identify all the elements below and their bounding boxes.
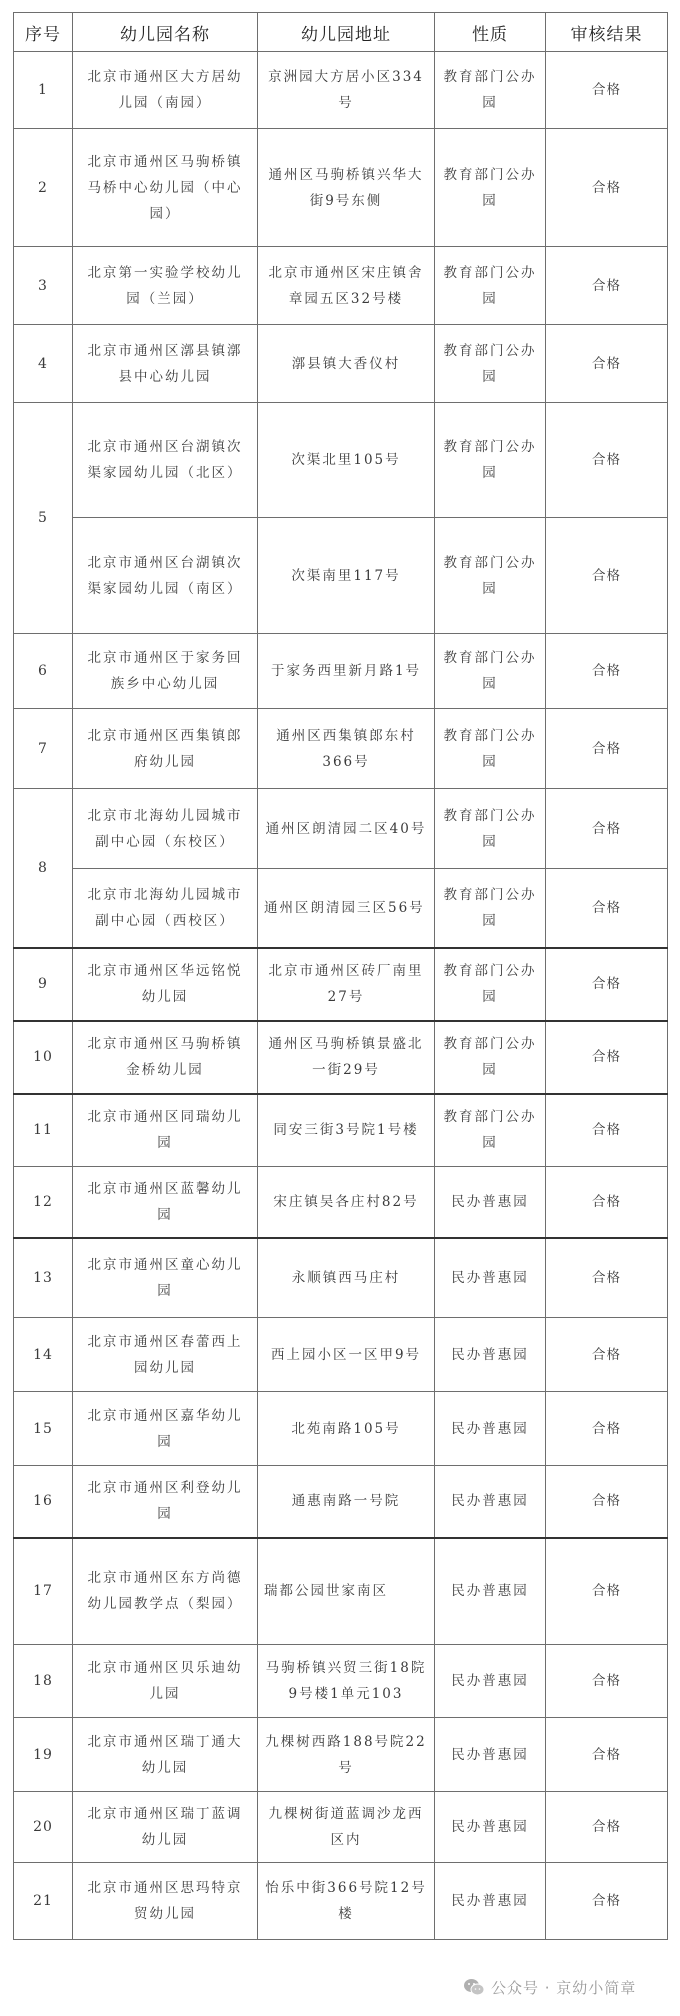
table-row: 7 北京市通州区西集镇郎府幼儿园 通州区西集镇郎东村366号 教育部门公办园 合… <box>14 709 668 789</box>
cell-name: 北京市通州区台湖镇次渠家园幼儿园（北区） <box>73 403 258 518</box>
cell-seq: 19 <box>14 1718 73 1792</box>
cell-address: 北京市通州区砖厂南里27号 <box>258 948 435 1021</box>
table-row: 6 北京市通州区于家务回族乡中心幼儿园 于家务西里新月路1号 教育部门公办园 合… <box>14 634 668 709</box>
cell-type: 教育部门公办园 <box>435 518 546 634</box>
table-row: 10 北京市通州区马驹桥镇金桥幼儿园 通州区马驹桥镇景盛北一街29号 教育部门公… <box>14 1021 668 1094</box>
cell-address: 马驹桥镇兴贸三街18院9号楼1单元103 <box>258 1645 435 1718</box>
cell-result: 合格 <box>546 1238 668 1318</box>
cell-name: 北京市通州区瑞丁通大幼儿园 <box>73 1718 258 1792</box>
cell-name: 北京市通州区童心幼儿园 <box>73 1238 258 1318</box>
cell-result: 合格 <box>546 1392 668 1466</box>
cell-result: 合格 <box>546 518 668 634</box>
cell-name: 北京市通州区于家务回族乡中心幼儿园 <box>73 634 258 709</box>
cell-name: 北京市通州区蓝馨幼儿园 <box>73 1167 258 1238</box>
cell-type: 教育部门公办园 <box>435 52 546 129</box>
cell-type: 教育部门公办园 <box>435 325 546 403</box>
cell-result: 合格 <box>546 1318 668 1392</box>
kindergarten-review-table: 序号 幼儿园名称 幼儿园地址 性质 审核结果 1 北京市通州区大方居幼儿园（南园… <box>13 12 668 1940</box>
cell-result: 合格 <box>546 52 668 129</box>
cell-result: 合格 <box>546 1863 668 1940</box>
cell-address: 次渠北里105号 <box>258 403 435 518</box>
cell-address: 同安三街3号院1号楼 <box>258 1094 435 1167</box>
cell-result: 合格 <box>546 403 668 518</box>
cell-seq: 14 <box>14 1318 73 1392</box>
header-name: 幼儿园名称 <box>73 13 258 52</box>
cell-result: 合格 <box>546 247 668 325</box>
table-row: 17 北京市通州区东方尚德幼儿园教学点（梨园） 瑞都公园世家南区 民办普惠园 合… <box>14 1538 668 1645</box>
table-row: 11 北京市通州区同瑞幼儿园 同安三街3号院1号楼 教育部门公办园 合格 <box>14 1094 668 1167</box>
cell-type: 教育部门公办园 <box>435 709 546 789</box>
cell-address: 通州区西集镇郎东村366号 <box>258 709 435 789</box>
cell-seq: 2 <box>14 129 73 247</box>
table-row: 9 北京市通州区华远铭悦幼儿园 北京市通州区砖厂南里27号 教育部门公办园 合格 <box>14 948 668 1021</box>
table-row: 3 北京第一实验学校幼儿园（兰园） 北京市通州区宋庄镇舍章园五区32号楼 教育部… <box>14 247 668 325</box>
table-row: 12 北京市通州区蓝馨幼儿园 宋庄镇吴各庄村82号 民办普惠园 合格 <box>14 1167 668 1238</box>
table-row: 15 北京市通州区嘉华幼儿园 北苑南路105号 民办普惠园 合格 <box>14 1392 668 1466</box>
cell-result: 合格 <box>546 634 668 709</box>
cell-address: 漷县镇大香仪村 <box>258 325 435 403</box>
cell-type: 民办普惠园 <box>435 1863 546 1940</box>
cell-type: 民办普惠园 <box>435 1318 546 1392</box>
cell-seq: 6 <box>14 634 73 709</box>
header-result: 审核结果 <box>546 13 668 52</box>
cell-seq: 10 <box>14 1021 73 1094</box>
cell-name: 北京市通州区思玛特京贸幼儿园 <box>73 1863 258 1940</box>
table-row: 19 北京市通州区瑞丁通大幼儿园 九棵树西路188号院22号 民办普惠园 合格 <box>14 1718 668 1792</box>
cell-result: 合格 <box>546 1167 668 1238</box>
cell-type: 民办普惠园 <box>435 1392 546 1466</box>
table-row: 北京市北海幼儿园城市副中心园（西校区） 通州区朗清园三区56号 教育部门公办园 … <box>14 869 668 948</box>
cell-address: 永顺镇西马庄村 <box>258 1238 435 1318</box>
table-row: 1 北京市通州区大方居幼儿园（南园） 京洲园大方居小区334号 教育部门公办园 … <box>14 52 668 129</box>
cell-seq: 4 <box>14 325 73 403</box>
cell-type: 民办普惠园 <box>435 1718 546 1792</box>
cell-seq: 8 <box>14 789 73 948</box>
cell-address: 通惠南路一号院 <box>258 1466 435 1538</box>
cell-seq: 13 <box>14 1238 73 1318</box>
cell-address: 通州区马驹桥镇景盛北一街29号 <box>258 1021 435 1094</box>
cell-type: 民办普惠园 <box>435 1792 546 1863</box>
cell-result: 合格 <box>546 1021 668 1094</box>
cell-result: 合格 <box>546 129 668 247</box>
cell-seq: 1 <box>14 52 73 129</box>
cell-seq: 21 <box>14 1863 73 1940</box>
cell-type: 教育部门公办园 <box>435 1021 546 1094</box>
cell-address: 于家务西里新月路1号 <box>258 634 435 709</box>
cell-result: 合格 <box>546 948 668 1021</box>
cell-name: 北京市通州区同瑞幼儿园 <box>73 1094 258 1167</box>
cell-seq: 16 <box>14 1466 73 1538</box>
header-seq: 序号 <box>14 13 73 52</box>
cell-type: 民办普惠园 <box>435 1466 546 1538</box>
cell-address: 通州区朗清园二区40号 <box>258 789 435 869</box>
wechat-account-watermark: 公众号 · 京幼小简章 <box>463 1972 636 2002</box>
cell-name: 北京市通州区贝乐迪幼儿园 <box>73 1645 258 1718</box>
cell-seq: 17 <box>14 1538 73 1645</box>
cell-result: 合格 <box>546 1466 668 1538</box>
cell-seq: 5 <box>14 403 73 634</box>
cell-name: 北京市北海幼儿园城市副中心园（东校区） <box>73 789 258 869</box>
cell-seq: 9 <box>14 948 73 1021</box>
table-row: 北京市通州区台湖镇次渠家园幼儿园（南区） 次渠南里117号 教育部门公办园 合格 <box>14 518 668 634</box>
watermark-text: 公众号 · 京幼小简章 <box>491 1977 636 1998</box>
cell-name: 北京市通州区台湖镇次渠家园幼儿园（南区） <box>73 518 258 634</box>
cell-name: 北京市北海幼儿园城市副中心园（西校区） <box>73 869 258 948</box>
cell-type: 教育部门公办园 <box>435 247 546 325</box>
cell-seq: 7 <box>14 709 73 789</box>
cell-type: 教育部门公办园 <box>435 634 546 709</box>
cell-seq: 18 <box>14 1645 73 1718</box>
cell-name: 北京市通州区马驹桥镇马桥中心幼儿园（中心园） <box>73 129 258 247</box>
cell-seq: 3 <box>14 247 73 325</box>
cell-seq: 12 <box>14 1167 73 1238</box>
cell-result: 合格 <box>546 1718 668 1792</box>
cell-result: 合格 <box>546 1645 668 1718</box>
cell-name: 北京市通州区瑞丁蓝调幼儿园 <box>73 1792 258 1863</box>
cell-result: 合格 <box>546 1792 668 1863</box>
cell-address: 北京市通州区宋庄镇舍章园五区32号楼 <box>258 247 435 325</box>
cell-name: 北京市通州区西集镇郎府幼儿园 <box>73 709 258 789</box>
cell-result: 合格 <box>546 709 668 789</box>
cell-address: 通州区马驹桥镇兴华大街9号东侧 <box>258 129 435 247</box>
table-row: 16 北京市通州区利登幼儿园 通惠南路一号院 民办普惠园 合格 <box>14 1466 668 1538</box>
table-row: 2 北京市通州区马驹桥镇马桥中心幼儿园（中心园） 通州区马驹桥镇兴华大街9号东侧… <box>14 129 668 247</box>
cell-type: 教育部门公办园 <box>435 869 546 948</box>
cell-name: 北京市通州区东方尚德幼儿园教学点（梨园） <box>73 1538 258 1645</box>
cell-seq: 20 <box>14 1792 73 1863</box>
cell-type: 民办普惠园 <box>435 1167 546 1238</box>
cell-address: 北苑南路105号 <box>258 1392 435 1466</box>
cell-name: 北京市通州区春蕾西上园幼儿园 <box>73 1318 258 1392</box>
cell-type: 教育部门公办园 <box>435 403 546 518</box>
cell-address: 宋庄镇吴各庄村82号 <box>258 1167 435 1238</box>
cell-type: 民办普惠园 <box>435 1645 546 1718</box>
cell-name: 北京市通州区华远铭悦幼儿园 <box>73 948 258 1021</box>
header-type: 性质 <box>435 13 546 52</box>
cell-type: 教育部门公办园 <box>435 789 546 869</box>
table-row: 21 北京市通州区思玛特京贸幼儿园 怡乐中街366号院12号楼 民办普惠园 合格 <box>14 1863 668 1940</box>
table-row: 4 北京市通州区漷县镇漷县中心幼儿园 漷县镇大香仪村 教育部门公办园 合格 <box>14 325 668 403</box>
cell-address: 西上园小区一区甲9号 <box>258 1318 435 1392</box>
header-address: 幼儿园地址 <box>258 13 435 52</box>
cell-seq: 15 <box>14 1392 73 1466</box>
cell-result: 合格 <box>546 1094 668 1167</box>
cell-type: 民办普惠园 <box>435 1238 546 1318</box>
table-row: 20 北京市通州区瑞丁蓝调幼儿园 九棵树街道蓝调沙龙西区内 民办普惠园 合格 <box>14 1792 668 1863</box>
cell-type: 教育部门公办园 <box>435 948 546 1021</box>
table-row: 13 北京市通州区童心幼儿园 永顺镇西马庄村 民办普惠园 合格 <box>14 1238 668 1318</box>
cell-type: 教育部门公办园 <box>435 129 546 247</box>
cell-name: 北京市通州区漷县镇漷县中心幼儿园 <box>73 325 258 403</box>
cell-address: 京洲园大方居小区334号 <box>258 52 435 129</box>
cell-address: 九棵树街道蓝调沙龙西区内 <box>258 1792 435 1863</box>
cell-address: 次渠南里117号 <box>258 518 435 634</box>
cell-address: 九棵树西路188号院22号 <box>258 1718 435 1792</box>
cell-name: 北京市通州区马驹桥镇金桥幼儿园 <box>73 1021 258 1094</box>
cell-result: 合格 <box>546 1538 668 1645</box>
wechat-icon <box>463 1978 485 1996</box>
cell-address: 瑞都公园世家南区 <box>258 1538 435 1645</box>
cell-name: 北京第一实验学校幼儿园（兰园） <box>73 247 258 325</box>
cell-name: 北京市通州区利登幼儿园 <box>73 1466 258 1538</box>
cell-result: 合格 <box>546 325 668 403</box>
table-row: 5 北京市通州区台湖镇次渠家园幼儿园（北区） 次渠北里105号 教育部门公办园 … <box>14 403 668 518</box>
cell-name: 北京市通州区嘉华幼儿园 <box>73 1392 258 1466</box>
cell-address: 怡乐中街366号院12号楼 <box>258 1863 435 1940</box>
table-row: 18 北京市通州区贝乐迪幼儿园 马驹桥镇兴贸三街18院9号楼1单元103 民办普… <box>14 1645 668 1718</box>
cell-type: 教育部门公办园 <box>435 1094 546 1167</box>
cell-name: 北京市通州区大方居幼儿园（南园） <box>73 52 258 129</box>
cell-seq: 11 <box>14 1094 73 1167</box>
cell-address: 通州区朗清园三区56号 <box>258 869 435 948</box>
cell-result: 合格 <box>546 869 668 948</box>
cell-type: 民办普惠园 <box>435 1538 546 1645</box>
table-header-row: 序号 幼儿园名称 幼儿园地址 性质 审核结果 <box>14 13 668 52</box>
cell-result: 合格 <box>546 789 668 869</box>
table-row: 8 北京市北海幼儿园城市副中心园（东校区） 通州区朗清园二区40号 教育部门公办… <box>14 789 668 869</box>
table-row: 14 北京市通州区春蕾西上园幼儿园 西上园小区一区甲9号 民办普惠园 合格 <box>14 1318 668 1392</box>
